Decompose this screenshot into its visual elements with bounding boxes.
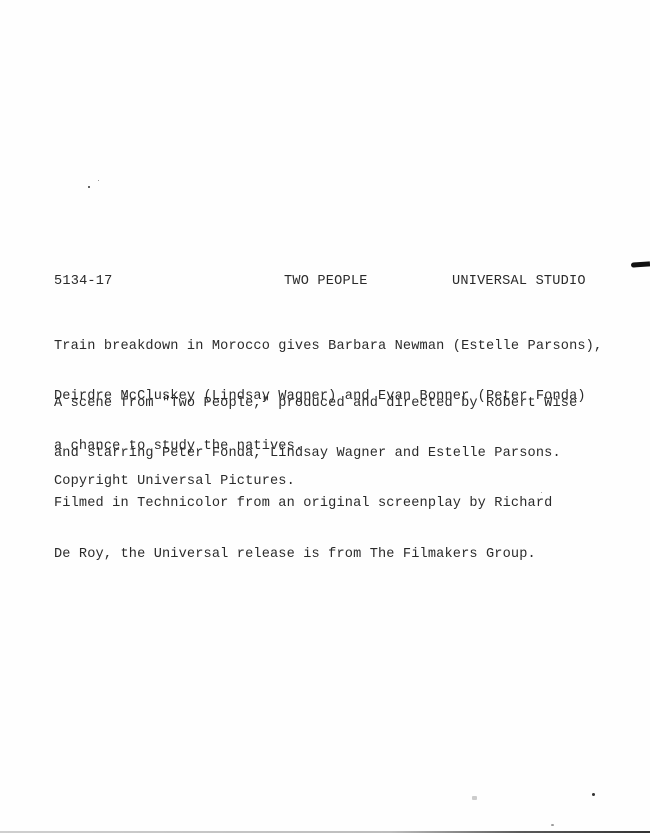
paragraph-line: Copyright Universal Pictures. — [54, 474, 295, 491]
film-title: TWO PEOPLE — [284, 274, 368, 289]
scan-speck — [88, 186, 90, 188]
press-sheet-page: 5134-17 TWO PEOPLE UNIVERSAL STUDIO Trai… — [0, 0, 650, 833]
scan-speck — [551, 824, 554, 826]
reference-number: 5134-17 — [54, 274, 113, 289]
copyright-notice: Copyright Universal Pictures. — [54, 440, 295, 524]
scan-speck — [541, 492, 542, 493]
paper-edge-mark — [631, 261, 650, 267]
scan-speck — [98, 180, 99, 181]
studio-name: UNIVERSAL STUDIO — [452, 274, 586, 289]
paragraph-line: Train breakdown in Morocco gives Barbara… — [54, 339, 602, 356]
scan-speck — [472, 796, 477, 800]
paragraph-line: A scene from "Two People," produced and … — [54, 396, 577, 413]
caption-header: 5134-17 TWO PEOPLE UNIVERSAL STUDIO — [54, 274, 624, 292]
scan-speck — [592, 793, 595, 796]
paragraph-line: De Roy, the Universal release is from Th… — [54, 547, 577, 564]
